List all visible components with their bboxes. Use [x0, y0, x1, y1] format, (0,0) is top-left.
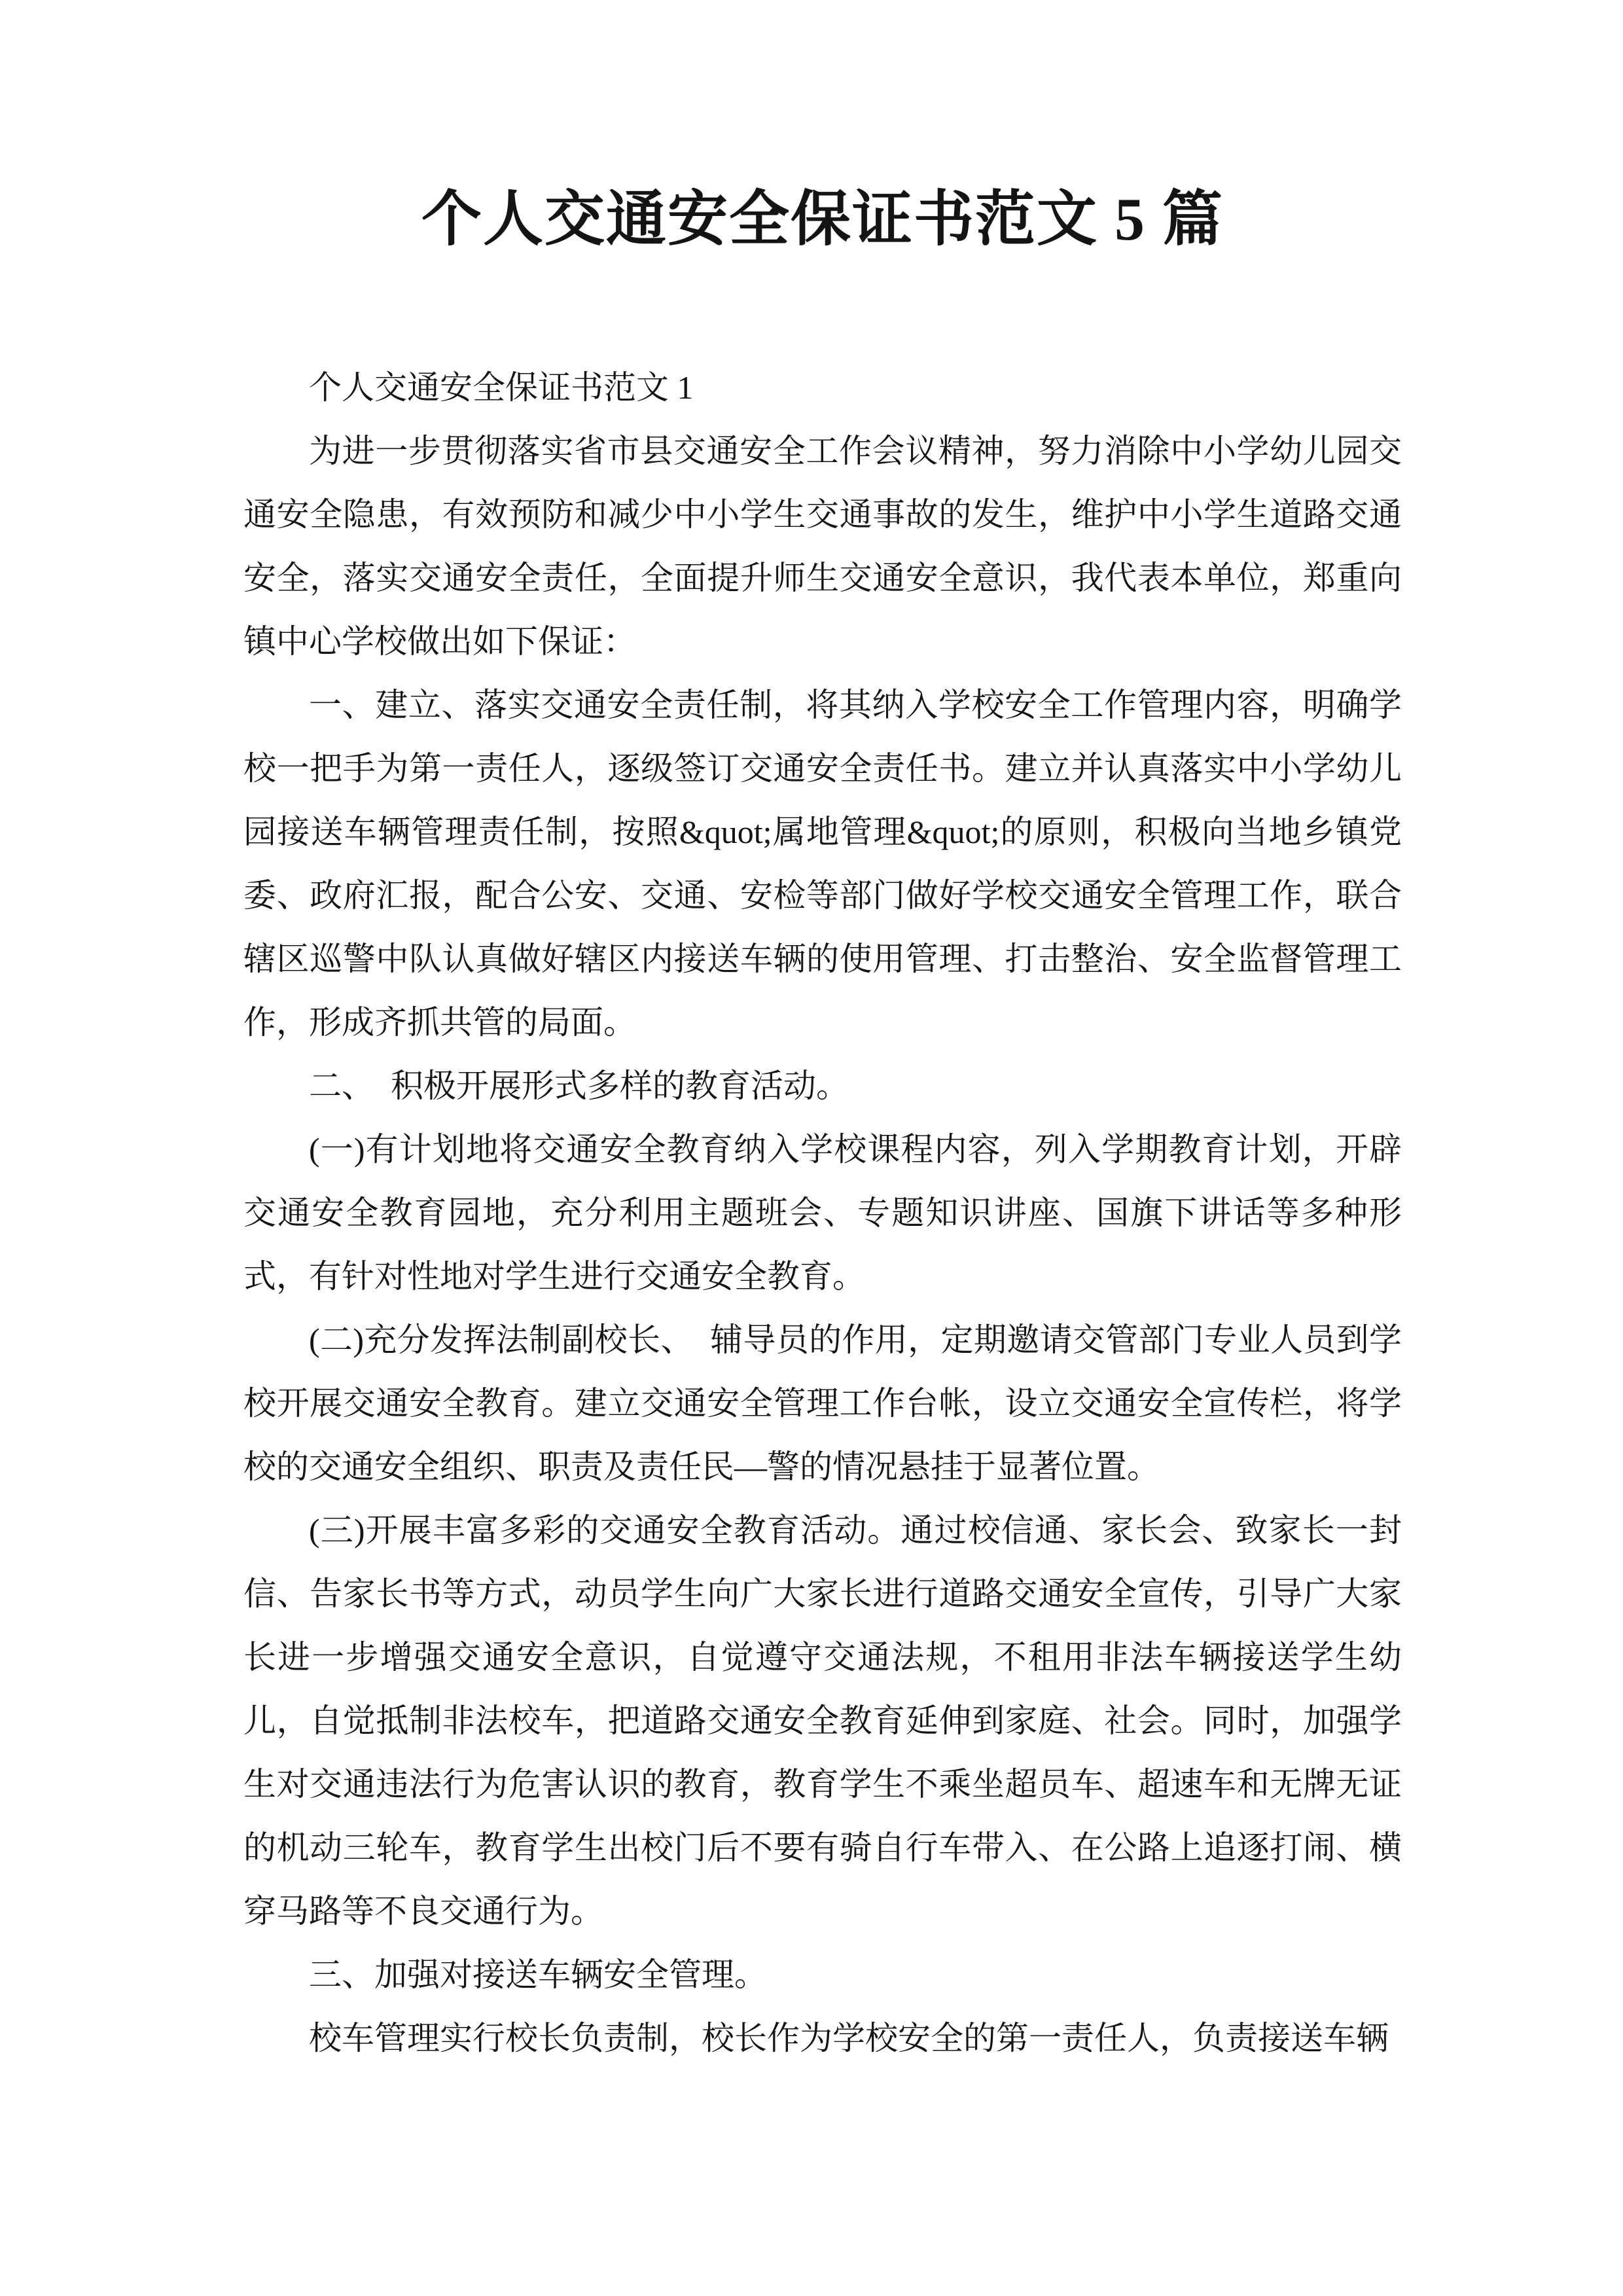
paragraph-subtitle: 个人交通安全保证书范文 1	[243, 356, 1402, 420]
document-content: 个人交通安全保证书范文 5 篇 个人交通安全保证书范文 1 为进一步贯彻落实省市…	[0, 0, 1623, 2070]
paragraph: 二、 积极开展形式多样的教育活动。	[243, 1054, 1402, 1118]
document-title: 个人交通安全保证书范文 5 篇	[243, 164, 1402, 275]
paragraph: 为进一步贯彻落实省市县交通安全工作会议精神，努力消除中小学幼儿园交通安全隐患，有…	[243, 420, 1402, 673]
paragraph: (一)有计划地将交通安全教育纳入学校课程内容，列入学期教育计划，开辟交通安全教育…	[243, 1118, 1402, 1308]
paragraph: 一、建立、落实交通安全责任制，将其纳入学校安全工作管理内容，明确学校一把手为第一…	[243, 673, 1402, 1054]
document-body: 个人交通安全保证书范文 1 为进一步贯彻落实省市县交通安全工作会议精神，努力消除…	[243, 356, 1402, 2070]
paragraph: (二)充分发挥法制副校长、 辅导员的作用，定期邀请交管部门专业人员到学校开展交通…	[243, 1308, 1402, 1499]
document-page: 个人交通安全保证书范文 5 篇 个人交通安全保证书范文 1 为进一步贯彻落实省市…	[0, 0, 1623, 2296]
paragraph: 校车管理实行校长负责制，校长作为学校安全的第一责任人，负责接送车辆	[243, 2007, 1402, 2070]
paragraph: 三、加强对接送车辆安全管理。	[243, 1943, 1402, 2007]
paragraph: (三)开展丰富多彩的交通安全教育活动。通过校信通、家长会、致家长一封信、告家长书…	[243, 1499, 1402, 1943]
